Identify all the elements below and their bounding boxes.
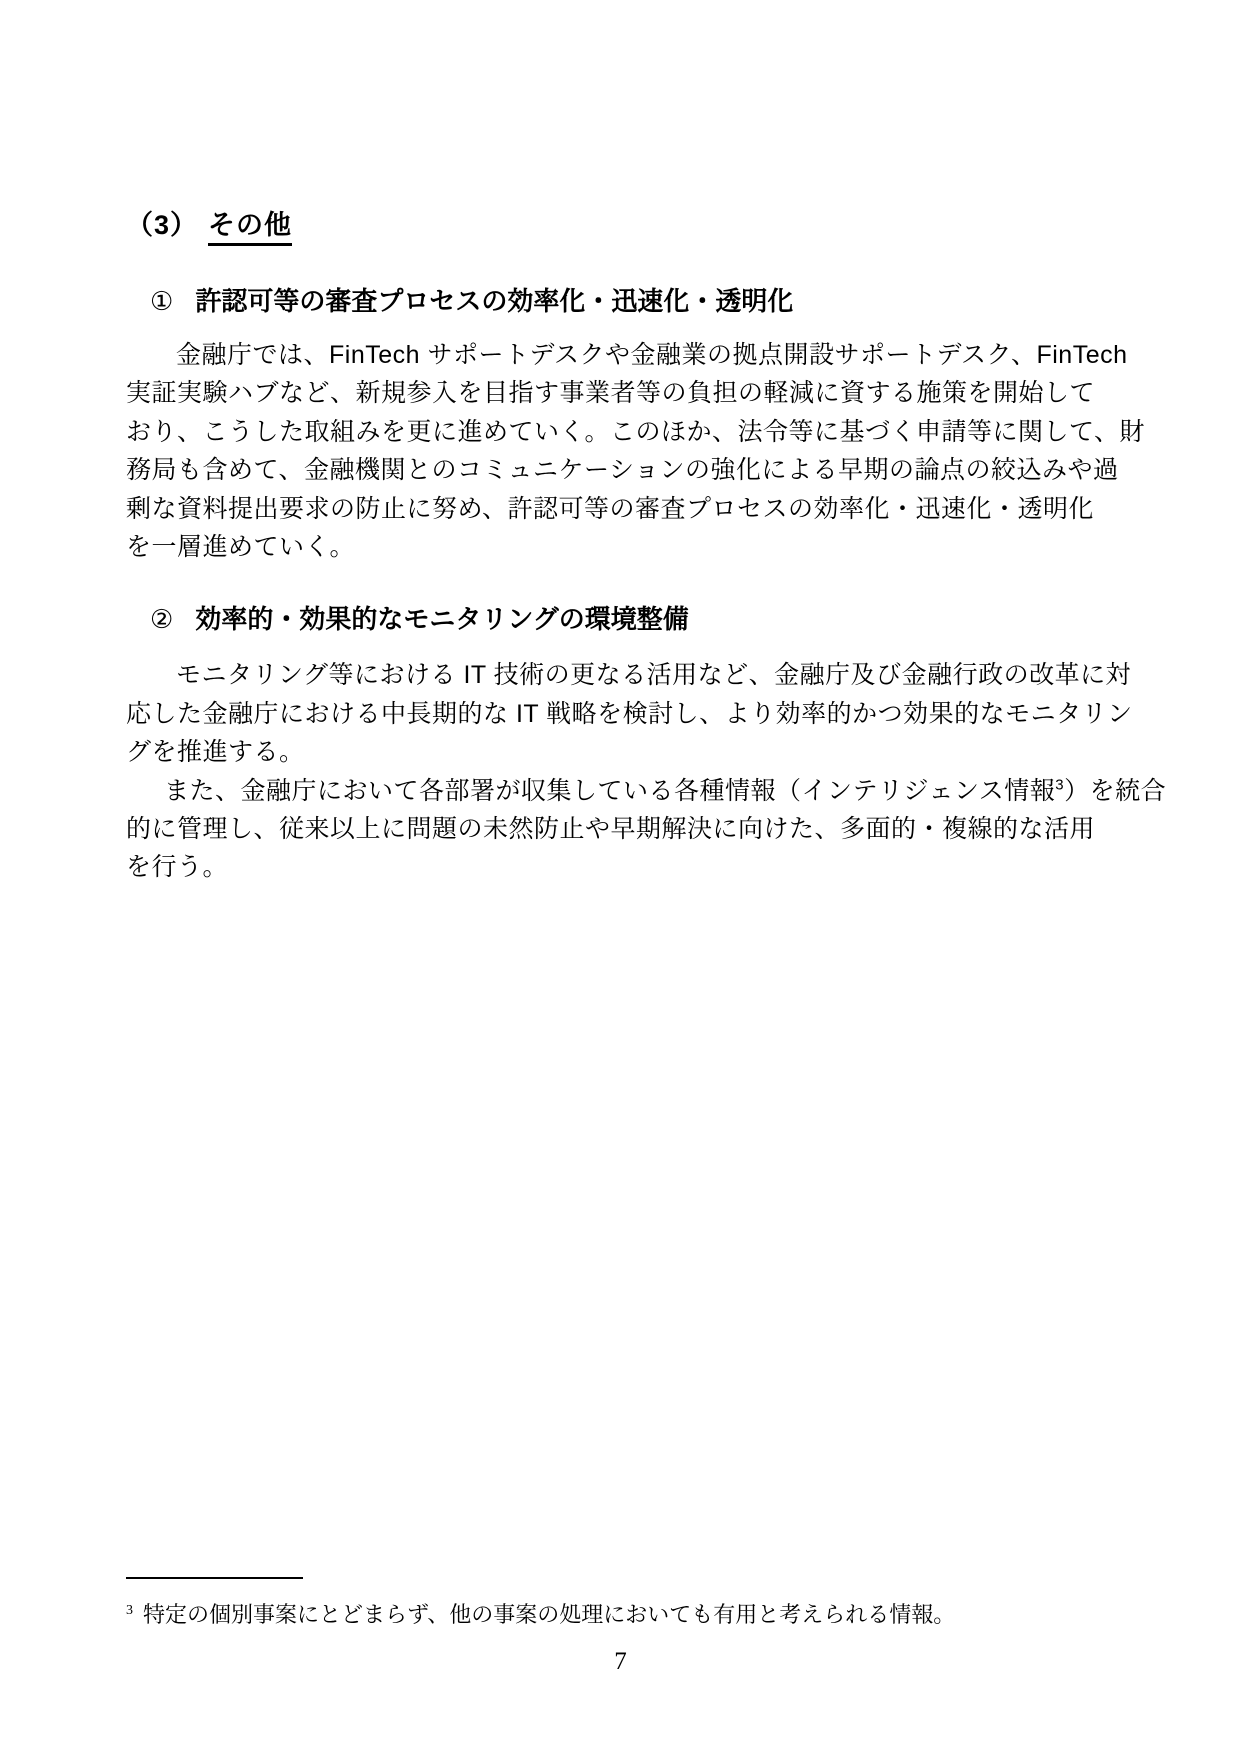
paragraph-line: 実証実験ハブなど、新規参入を目指す事業者等の負担の軽減に資する施策を開始して: [126, 374, 1114, 412]
section1-paragraph1: 金融庁では、FinTech サポートデスクや金融業の拠点開設サポートデスク、Fi…: [126, 336, 1114, 566]
document-page: （3）その他 ①許認可等の審査プロセスの効率化・迅速化・透明化 金融庁では、Fi…: [0, 0, 1241, 1754]
section2-paragraph2: また、金融庁において各部署が収集している各種情報（インテリジェンス情報3）を統合…: [126, 772, 1114, 887]
section2-heading: ②効率的・効果的なモニタリングの環境整備: [126, 602, 1114, 636]
section1-title: 許認可等の審査プロセスの効率化・迅速化・透明化: [195, 286, 793, 316]
footnote-area: 3特定の個別事案にとどまらず、他の事案の処理においても有用と考えられる情報。: [126, 1577, 1114, 1629]
footnote: 3特定の個別事案にとどまらず、他の事案の処理においても有用と考えられる情報。: [126, 1601, 1114, 1629]
paragraph-line: グを推進する。: [126, 733, 1114, 771]
footnote-marker: 3: [126, 1603, 133, 1618]
paragraph-line: また、金融庁において各部署が収集している各種情報（インテリジェンス情報3）を統合: [126, 772, 1114, 810]
paragraph-text: ）を統合: [1064, 777, 1166, 805]
main-heading-title: その他: [208, 210, 292, 246]
section2-title: 効率的・効果的なモニタリングの環境整備: [195, 604, 688, 634]
paragraph-line: 応した金融庁における中長期的な IT 戦略を検討し、より効率的かつ効果的なモニタ…: [126, 695, 1114, 733]
section2-paragraph1: モニタリング等における IT 技術の更なる活用など、金融庁及び金融行政の改革に対…: [126, 656, 1114, 771]
footnote-reference: 3: [1055, 776, 1064, 793]
paragraph-line: おり、こうした取組みを更に進めていく。このほか、法令等に基づく申請等に関して、財: [126, 413, 1114, 451]
document-content: （3）その他 ①許認可等の審査プロセスの効率化・迅速化・透明化 金融庁では、Fi…: [126, 208, 1114, 887]
paragraph-line: 務局も含めて、金融機関とのコミュニケーションの強化による早期の論点の絞込みや過: [126, 451, 1114, 489]
paragraph-line: を行う。: [126, 848, 1114, 886]
paragraph-line: モニタリング等における IT 技術の更なる活用など、金融庁及び金融行政の改革に対: [126, 656, 1114, 694]
main-heading: （3）その他: [126, 208, 1114, 242]
footnote-body: 特定の個別事案にとどまらず、他の事案の処理においても有用と考えられる情報。: [143, 1602, 955, 1627]
paragraph-text: また、金融庁において各部署が収集している各種情報（インテリジェンス情報: [164, 777, 1055, 805]
footnote-separator: [126, 1577, 303, 1579]
paragraph-line: 的に管理し、従来以上に問題の未然防止や早期解決に向けた、多面的・複線的な活用: [126, 810, 1114, 848]
page-number: 7: [0, 1648, 1241, 1676]
paragraph-line: 金融庁では、FinTech サポートデスクや金融業の拠点開設サポートデスク、Fi…: [126, 336, 1114, 374]
main-heading-number: （3）: [126, 210, 198, 240]
paragraph-line: を一層進めていく。: [126, 528, 1114, 566]
section2-marker: ②: [150, 602, 173, 636]
section1-marker: ①: [150, 284, 173, 318]
section1-heading: ①許認可等の審査プロセスの効率化・迅速化・透明化: [126, 284, 1114, 318]
paragraph-line: 剰な資料提出要求の防止に努め、許認可等の審査プロセスの効率化・迅速化・透明化: [126, 490, 1114, 528]
